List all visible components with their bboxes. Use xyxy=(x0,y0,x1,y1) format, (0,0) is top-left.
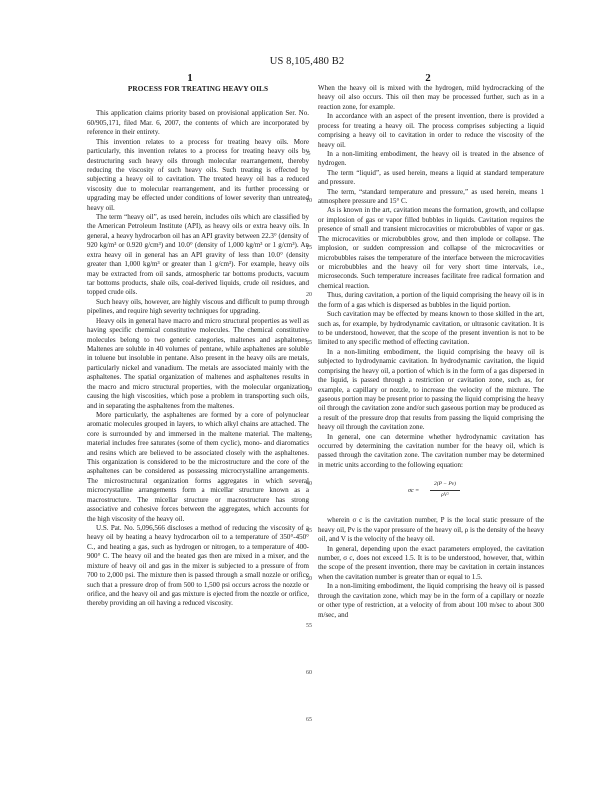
document-title: PROCESS FOR TREATING HEAVY OILS xyxy=(87,84,309,93)
line-number: 55 xyxy=(302,623,316,629)
paragraph: Such cavitation may be effected by means… xyxy=(318,310,544,348)
line-number: 5 xyxy=(302,151,316,157)
paragraph: This invention relates to a process for … xyxy=(87,138,309,213)
paragraph: As is known in the art, cavitation means… xyxy=(318,206,544,291)
paragraph: Such heavy oils, however, are highly vis… xyxy=(87,298,309,317)
line-number: 60 xyxy=(302,670,316,676)
paragraph: U.S. Pat. No. 5,096,566 discloses a meth… xyxy=(87,524,309,609)
paragraph: The term “heavy oil”, as used herein, in… xyxy=(87,213,309,298)
line-number: 30 xyxy=(302,387,316,393)
line-number: 25 xyxy=(302,340,316,346)
line-number: 35 xyxy=(302,434,316,440)
line-number: 20 xyxy=(302,292,316,298)
equation-lhs: σc = xyxy=(408,487,419,496)
line-number: 45 xyxy=(302,528,316,534)
paragraph: In a non-limiting embodiment, the liquid… xyxy=(318,348,544,433)
equation-fraction: 2(P − Pv) ρV² xyxy=(430,480,460,500)
patent-number: US 8,105,480 B2 xyxy=(0,56,614,67)
paragraph: The term “liquid”, as used herein, means… xyxy=(318,169,544,188)
paragraph: In general, one can determine whether hy… xyxy=(318,433,544,471)
column-number-left: 1 xyxy=(175,72,205,84)
paragraph: In general, depending upon the exact par… xyxy=(318,545,544,583)
paragraph: The term, “standard temperature and pres… xyxy=(318,188,544,207)
paragraph: In a non-limiting embodiment, the liquid… xyxy=(318,582,544,620)
equation-denominator: ρV² xyxy=(430,491,460,500)
paragraph: Thus, during cavitation, a portion of th… xyxy=(318,291,544,310)
paragraph: wherein σ c is the cavitation number, P … xyxy=(318,516,544,544)
cavitation-number-equation: σc = 2(P − Pv) ρV² xyxy=(318,474,544,514)
left-column: PROCESS FOR TREATING HEAVY OILS This app… xyxy=(87,84,309,609)
equation-numerator: 2(P − Pv) xyxy=(430,480,460,490)
line-number: 15 xyxy=(302,245,316,251)
line-number: 50 xyxy=(302,576,316,582)
paragraph: More particularly, the asphaltenes are f… xyxy=(87,411,309,524)
line-number: 65 xyxy=(302,717,316,723)
line-number: 10 xyxy=(302,198,316,204)
paragraph: When the heavy oil is mixed with the hyd… xyxy=(318,84,544,112)
paragraph: In accordance with an aspect of the pres… xyxy=(318,112,544,150)
paragraph: This application claims priority based o… xyxy=(87,109,309,137)
line-number: 40 xyxy=(302,481,316,487)
paragraph: Heavy oils in general have macro and mic… xyxy=(87,317,309,411)
paragraph: In a non-limiting embodiment, the heavy … xyxy=(318,150,544,169)
column-number-right: 2 xyxy=(413,72,443,84)
right-column: When the heavy oil is mixed with the hyd… xyxy=(318,84,544,620)
